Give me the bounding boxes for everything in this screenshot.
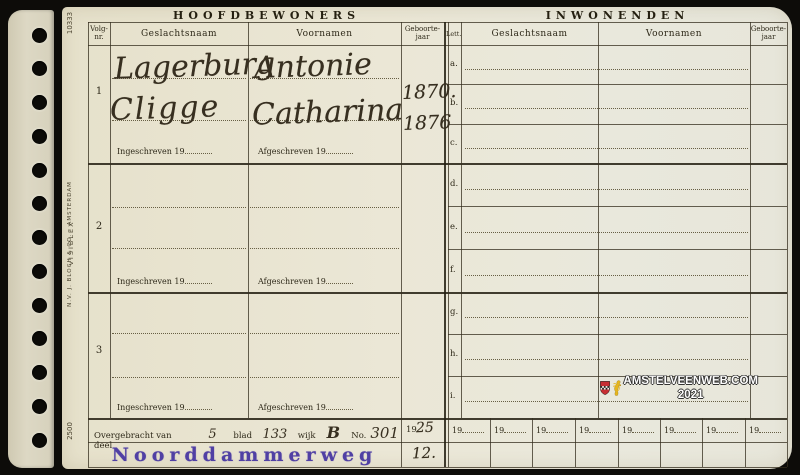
geboortejaar-line2: jaar	[762, 33, 776, 41]
transfer-year-hand: 25	[416, 420, 434, 437]
transfer-no-label: No.	[351, 431, 366, 441]
column-header-voornamen-left: Voornamen	[248, 29, 401, 39]
row-letter: g.	[450, 307, 458, 317]
afgeschreven-label: Afgeschreven 19	[258, 146, 353, 156]
year-cell: 19	[622, 425, 654, 435]
serial-number-top: 10333	[66, 3, 74, 43]
column-header-geslachtsnaam-left: Geslachtsnaam	[110, 29, 248, 39]
punch-hole	[32, 230, 47, 245]
geboortejaar-line2: jaar	[416, 33, 430, 41]
column-header-volgnr: Volg- nr.	[88, 25, 110, 41]
serial-number-bottom: 2500	[66, 413, 74, 449]
binder-strip	[8, 10, 54, 468]
birthyear-entry: 1870.	[402, 80, 457, 104]
row-letter: a.	[450, 59, 458, 69]
geboortejaar-line1: Geboorte-	[405, 25, 440, 33]
column-header-geboortejaar-left: Geboorte- jaar	[401, 25, 444, 41]
punch-hole	[32, 264, 47, 279]
firstname-entry: Catharina	[251, 92, 403, 132]
transfer-blad-label: blad	[233, 431, 252, 441]
row-letter: h.	[450, 349, 458, 359]
birthyear-entry: 1876	[403, 111, 452, 135]
address-stamp: Noorddammerweg	[88, 444, 401, 466]
punch-hole	[32, 129, 47, 144]
punch-hole	[32, 196, 47, 211]
punch-hole	[32, 61, 47, 76]
year-cell: 19	[536, 425, 568, 435]
ingeschreven-label: Ingeschreven 19	[117, 402, 212, 412]
column-header-geslachtsnaam-right: Geslachtsnaam	[461, 29, 598, 39]
year-cell: 19	[452, 425, 484, 435]
transfer-wijk-label: wijk	[298, 431, 316, 441]
column-header-volgnr-line1: Volg-	[90, 25, 108, 33]
surname-entry: Lagerburg	[113, 46, 275, 87]
column-header-volgnr-line2: nr.	[94, 33, 103, 41]
year-cell: 19	[706, 425, 738, 435]
column-header-geboortejaar-right: Geboorte- jaar	[750, 25, 787, 41]
ingeschreven-label: Ingeschreven 19	[117, 276, 212, 286]
watermark: AMSTELVEENWEB.COM 2021	[600, 359, 758, 417]
punch-hole	[32, 331, 47, 346]
row-letter: i.	[450, 391, 455, 401]
row-letter: d.	[450, 179, 458, 189]
title-inwonenden: INWONENDEN	[448, 9, 787, 22]
punch-hole	[32, 163, 47, 178]
year-cell: 19	[664, 425, 696, 435]
row-letter: e.	[450, 222, 458, 232]
lion-icon	[612, 367, 621, 409]
firstname-entry: Antonie	[253, 47, 372, 86]
ingeschreven-label: Ingeschreven 19	[117, 146, 212, 156]
transfer-blad-value: 133	[256, 427, 294, 443]
afgeschreven-label: Afgeschreven 19	[258, 276, 353, 286]
row-letter: f.	[450, 265, 456, 275]
row-letter: b.	[450, 98, 458, 108]
afgeschreven-label: Afgeschreven 19	[258, 402, 353, 412]
watermark-year: 2021	[623, 388, 758, 402]
transfer-no-value: 301	[370, 424, 399, 442]
geboortejaar-line1: Geboorte-	[751, 25, 786, 33]
watermark-text: AMSTELVEENWEB.COM 2021	[623, 374, 758, 402]
manufacturer-imprint: N.V. J. BLOCH & CO. - AMSTERDAM	[67, 164, 73, 324]
year-cell: 19	[494, 425, 526, 435]
register-card: 10333 VISIBLEX N.V. J. BLOCH & CO. - AMS…	[62, 7, 792, 469]
punch-hole	[32, 399, 47, 414]
year-cell: 19	[579, 425, 611, 435]
house-number: 12.	[412, 444, 436, 463]
row-letter: c.	[450, 138, 457, 148]
row-number: 1	[88, 86, 110, 97]
title-hoofdbewoners: HOOFDBEWONERS	[88, 9, 445, 22]
year-cell: 19	[749, 425, 781, 435]
transfer-wijk-value: B	[320, 423, 348, 443]
column-header-voornamen-right: Voornamen	[598, 29, 750, 39]
surname-entry: Cligge	[109, 89, 220, 128]
amstelveen-crest-icon	[600, 370, 610, 406]
watermark-site: AMSTELVEENWEB.COM	[623, 374, 758, 388]
row-number: 2	[88, 221, 110, 232]
punch-hole	[32, 433, 47, 448]
transfer-deel-value: 5	[196, 427, 230, 443]
punch-hole	[32, 95, 47, 110]
punch-hole	[32, 365, 47, 380]
row-number: 3	[88, 345, 110, 356]
punch-hole	[32, 28, 47, 43]
punch-hole	[32, 298, 47, 313]
